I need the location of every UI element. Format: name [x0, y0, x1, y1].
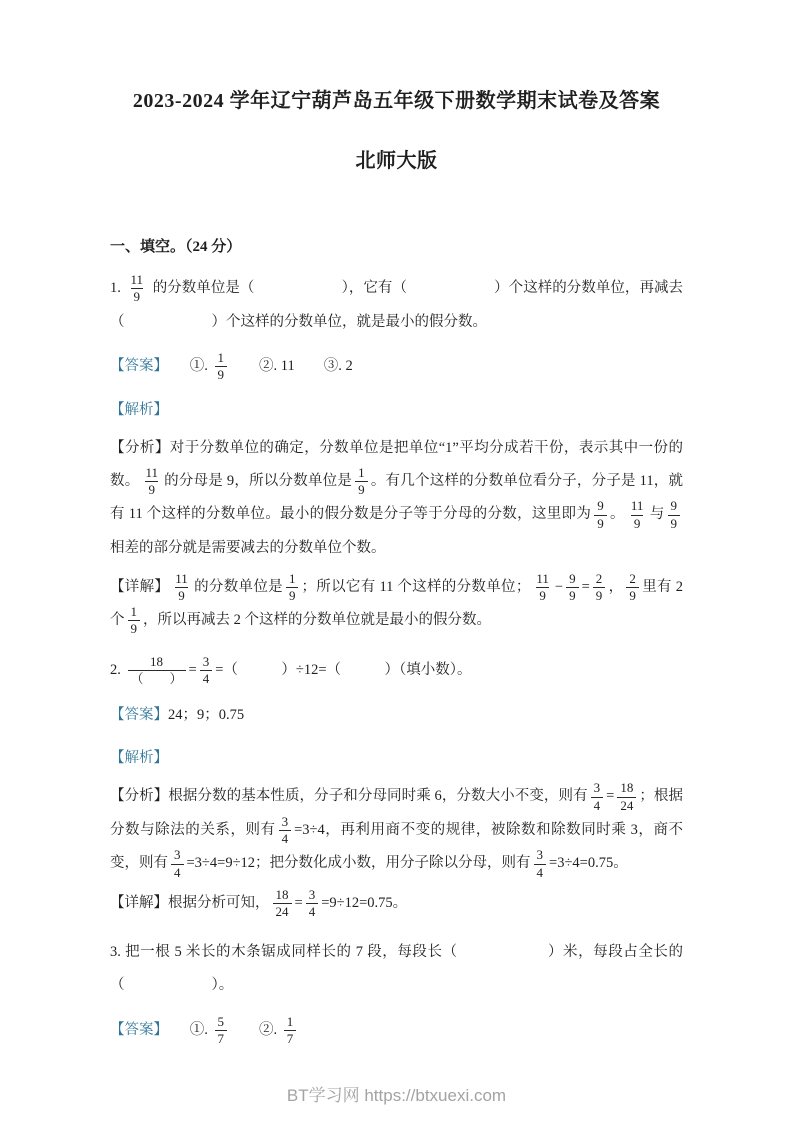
bracket-label: 【解析】 [110, 750, 168, 766]
fraction: 99 [566, 571, 579, 605]
fraction: 99 [668, 498, 681, 532]
fraction: 29 [626, 571, 639, 605]
fraction: 119 [533, 571, 552, 605]
fraction: 34 [171, 847, 184, 881]
fraction: 34 [306, 887, 319, 921]
fraction: 29 [593, 571, 606, 605]
fraction: 34 [534, 847, 547, 881]
bracket-label: 【答案】 [110, 358, 161, 374]
fraction: 19 [355, 465, 368, 499]
page-title: 2023-2024 学年辽宁葫芦岛五年级下册数学期末试卷及答案 [110, 88, 683, 114]
explanation-paragraph: 【分析】根据分数的基本性质，分子和分母同时乘 6，分数大小不变，则有34=182… [110, 780, 683, 881]
answer-line: 【答案】 ①. 19 ②. 11 ③. 2 [110, 350, 683, 384]
fraction: 119 [172, 571, 191, 605]
fraction: 57 [215, 1014, 228, 1048]
bracket-label: 【答案】 [110, 707, 168, 723]
footer-text: BT学习网 https://btxuexi.com [0, 1081, 793, 1106]
bracket-label: 【答案】 [110, 1022, 161, 1038]
explanation-paragraph: 【详解】根据分析可知，1824=34=9÷12=0.75。 [110, 887, 683, 921]
fraction: 19 [128, 604, 141, 638]
question-text: 1. 119 的分数单位是（ ），它有（ ）个这样的分数单位，再减去（ ）个这样… [110, 272, 683, 338]
fraction: 19 [215, 350, 228, 384]
fraction: 119 [128, 272, 147, 306]
explanation-paragraph: 【分析】对于分数单位的确定，分数单位是把单位“1”平均分成若干份，表示其中一份的… [110, 432, 683, 564]
fraction: 19 [286, 571, 299, 605]
question-text: 2. 18（ ）=34=（ ）÷12=（ ）（填小数）。 [110, 654, 683, 688]
fraction: 119 [628, 498, 647, 532]
fraction: 17 [284, 1014, 297, 1048]
fraction: 119 [142, 465, 161, 499]
document-page: 2023-2024 学年辽宁葫芦岛五年级下册数学期末试卷及答案 北师大版 一、填… [0, 0, 793, 1122]
fraction: 99 [594, 498, 607, 532]
section-heading: 一、填空。（24 分） [110, 235, 683, 256]
fraction: 1824 [273, 887, 292, 921]
analysis-marker: 【解析】 [110, 394, 683, 427]
fraction: 34 [200, 654, 213, 688]
fraction: 18（ ） [128, 654, 186, 688]
content-blocks: 1. 119 的分数单位是（ ），它有（ ）个这样的分数单位，再减去（ ）个这样… [110, 272, 683, 1047]
answer-line: 【答案】 ①. 57 ②. 17 [110, 1014, 683, 1048]
question-text: 3. 把一根 5 米长的木条锯成同样长的 7 段，每段长（ ）米，每段占全长的（… [110, 936, 683, 1001]
fraction: 34 [279, 814, 292, 848]
bracket-label: 【解析】 [110, 402, 168, 418]
explanation-paragraph: 【详解】119的分数单位是19；所以它有 11 个这样的分数单位；119−99=… [110, 571, 683, 638]
page-title-edition: 北师大版 [110, 144, 683, 173]
answer-line: 【答案】24；9；0.75 [110, 699, 683, 732]
fraction: 1824 [617, 780, 636, 814]
analysis-marker: 【解析】 [110, 742, 683, 775]
fraction: 34 [591, 780, 604, 814]
